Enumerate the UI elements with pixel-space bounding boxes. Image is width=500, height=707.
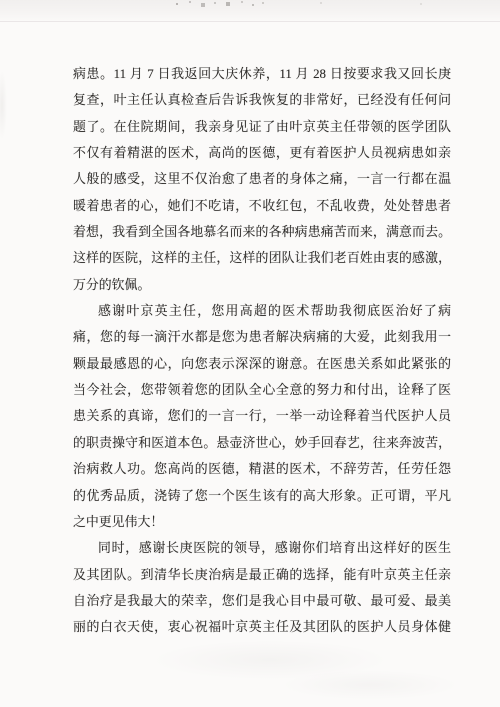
text-line: 复查，叶主任认真检查后告诉我恢复的非常好，已经没有任何问 [73,87,451,113]
text-line: 这样的医院，这样的主任，这样的团队让我们老百姓由衷的感激， [73,245,451,271]
text-line: 暖着患者的心，她们不吃请，不收红包，不乱收费，处处替患者 [73,193,451,219]
text-line: 病患。11 月 7 日我返回大庆休养，11 月 28 日按要求我又回长庚 [73,61,451,87]
text-line: 丽的白衣天使，衷心祝福叶京英主任及其团队的医护人员身体健 [73,614,451,640]
scan-noise-specks [0,0,2,2]
text-line: 着想，我看到全国各地慕名而来的各种病患痛苦而来，满意而去。 [73,219,451,245]
letter-text-block: 病患。11 月 7 日我返回大庆休养，11 月 28 日按要求我又回长庚 复查，… [73,61,451,641]
text-line paragraph-start: 同时，感谢长庚医院的领导，感谢你们培育出这样好的医生 [73,535,451,561]
text-line: 痛，您的每一滴汗水都是您为患者解决病痛的大爱，此刻我用一 [73,324,451,350]
text-line: 当今社会，您带领着您的团队全心全意的努力和付出，诠释了医 [73,377,451,403]
text-line: 人般的感受，这里不仅治愈了患者的身体之痛，一言一行都在温 [73,166,451,192]
text-line paragraph-start: 感谢叶京英主任，您用高超的医术帮助我彻底医治好了病 [73,298,451,324]
text-line: 自治疗是我最大的荣幸，您们是我心目中最可敬、最可爱、最美 [73,588,451,614]
text-line: 不仅有着精湛的医术，高尚的医德，更有着医护人员视病患如亲 [73,140,451,166]
text-line paragraph-end: 之中更见伟大！ [73,509,451,535]
text-line: 治病救人功。您高尚的医德，精湛的医术，不辞劳苦，任劳任怨 [73,456,451,482]
text-line paragraph-end: 万分的钦佩。 [73,272,451,298]
scan-smudge [0,70,7,140]
scan-smudge [280,670,460,700]
text-line: 的优秀品质，浇铸了您一个医生该有的高大形象。正可谓，平凡 [73,483,451,509]
scan-top-edge-band [0,0,500,21]
text-line: 及其团队。到清华长庚治病是最正确的选择，能有叶京英主任亲 [73,562,451,588]
scanned-letter-page: { "document": { "type": "scanned thank-y… [0,0,500,707]
text-line: 颗最最感恩的心，向您表示深深的谢意。在医患关系如此紧张的 [73,351,451,377]
scan-top-edge-line [0,21,500,22]
text-line: 患关系的真谛，您们的一言一行，一举一动诠释着当代医护人员 [73,403,451,429]
text-line: 题了。在住院期间，我亲身见证了由叶京英主任带领的医学团队 [73,114,451,140]
text-line: 的职责操守和医道本色。悬壶济世心，妙手回春艺，往来奔波苦， [73,430,451,456]
